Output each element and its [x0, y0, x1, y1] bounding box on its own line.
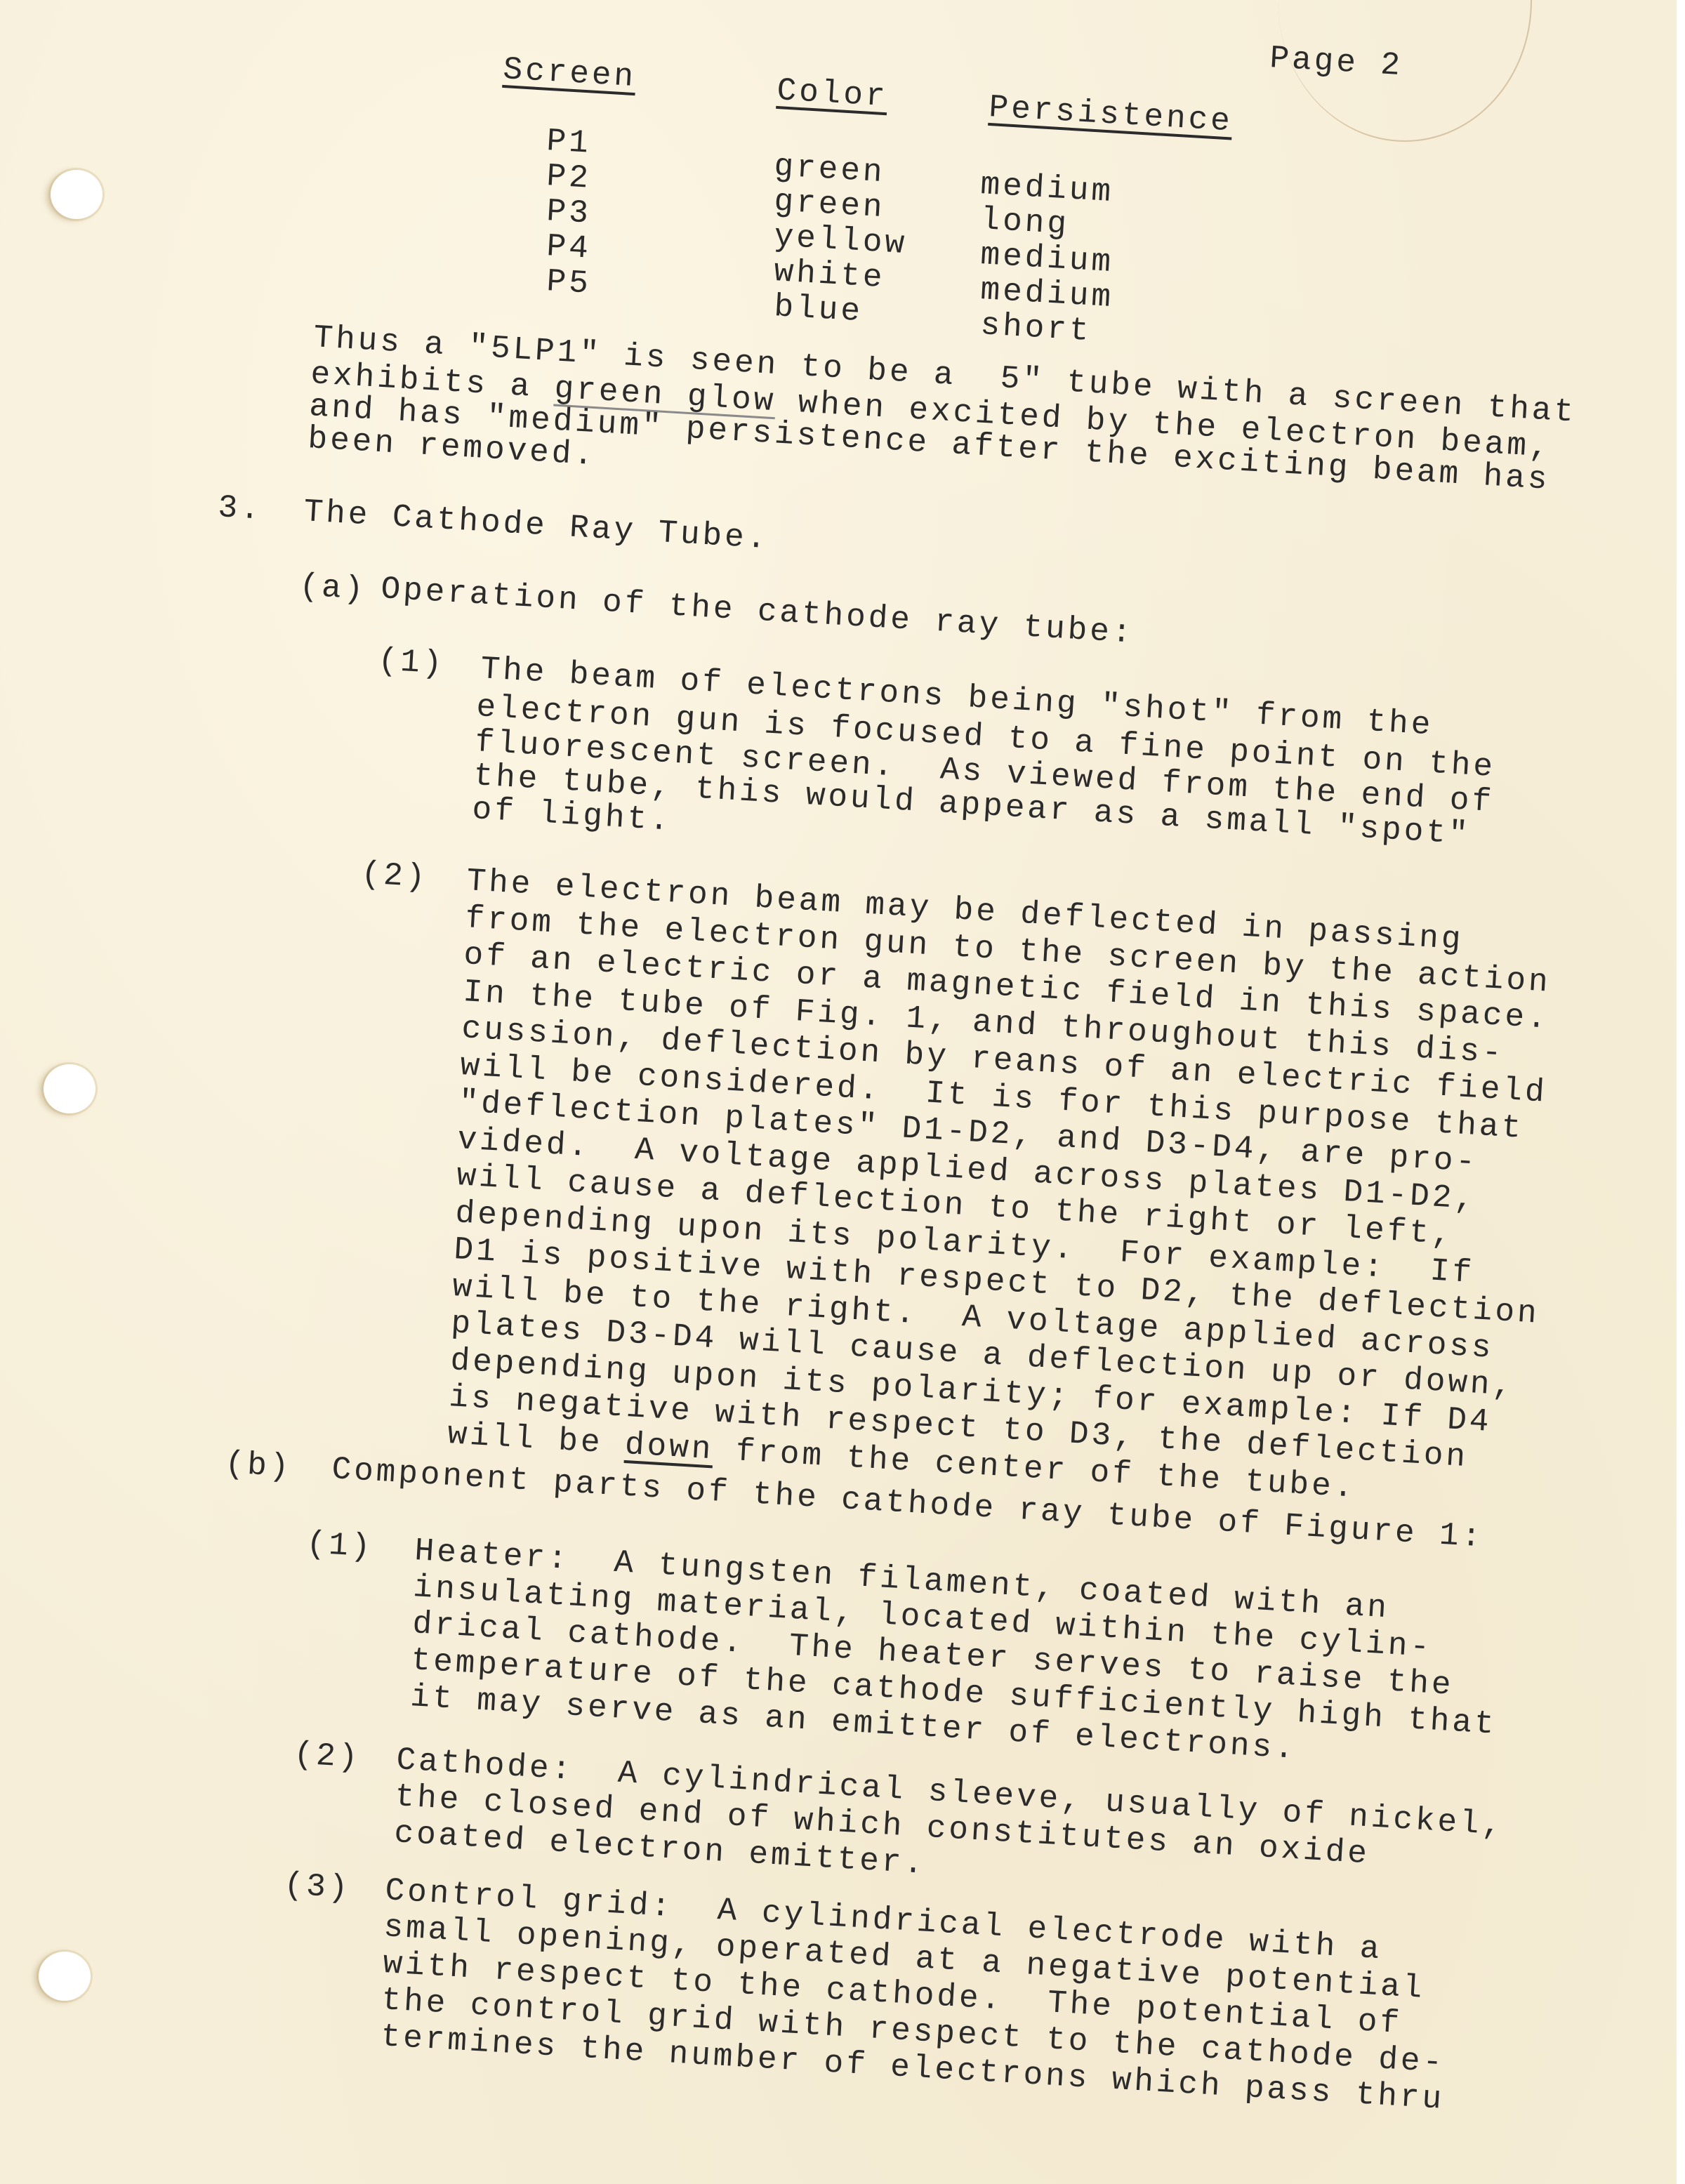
item-label: (2) [293, 1738, 361, 1775]
table-cell-screen: P5 [546, 265, 592, 300]
table-cell-persistence: short [979, 309, 1092, 348]
item-label: (2) [360, 858, 428, 894]
subsection-a-label: (a) [298, 570, 366, 607]
punch-hole-middle [44, 1064, 95, 1113]
underlined-down: down [623, 1427, 714, 1468]
table-header-screen: Screen [502, 53, 637, 93]
item-label: (1) [305, 1528, 374, 1564]
item-label: (1) [377, 644, 445, 681]
table-cell-color: white [773, 256, 885, 294]
punch-hole-bottom [39, 1952, 91, 2001]
punch-hole-top [51, 170, 103, 219]
table-cell-persistence: long [979, 204, 1070, 241]
item-label: (3) [283, 1869, 351, 1905]
table-cell-screen: P4 [546, 230, 592, 265]
table-cell-color: green [773, 185, 885, 224]
section-number: 3. [217, 491, 263, 527]
page-number: Page 2 [1269, 42, 1403, 82]
table-cell-screen: P3 [546, 195, 592, 230]
scan-edge [1677, 0, 1685, 2184]
table-cell-color: blue [773, 291, 864, 328]
table-cell-color: green [773, 150, 885, 189]
subsection-b-label: (b) [224, 1448, 292, 1484]
table-cell-screen: P1 [546, 125, 592, 160]
table-header-color: Color [776, 74, 888, 113]
table-cell-screen: P2 [546, 160, 592, 195]
